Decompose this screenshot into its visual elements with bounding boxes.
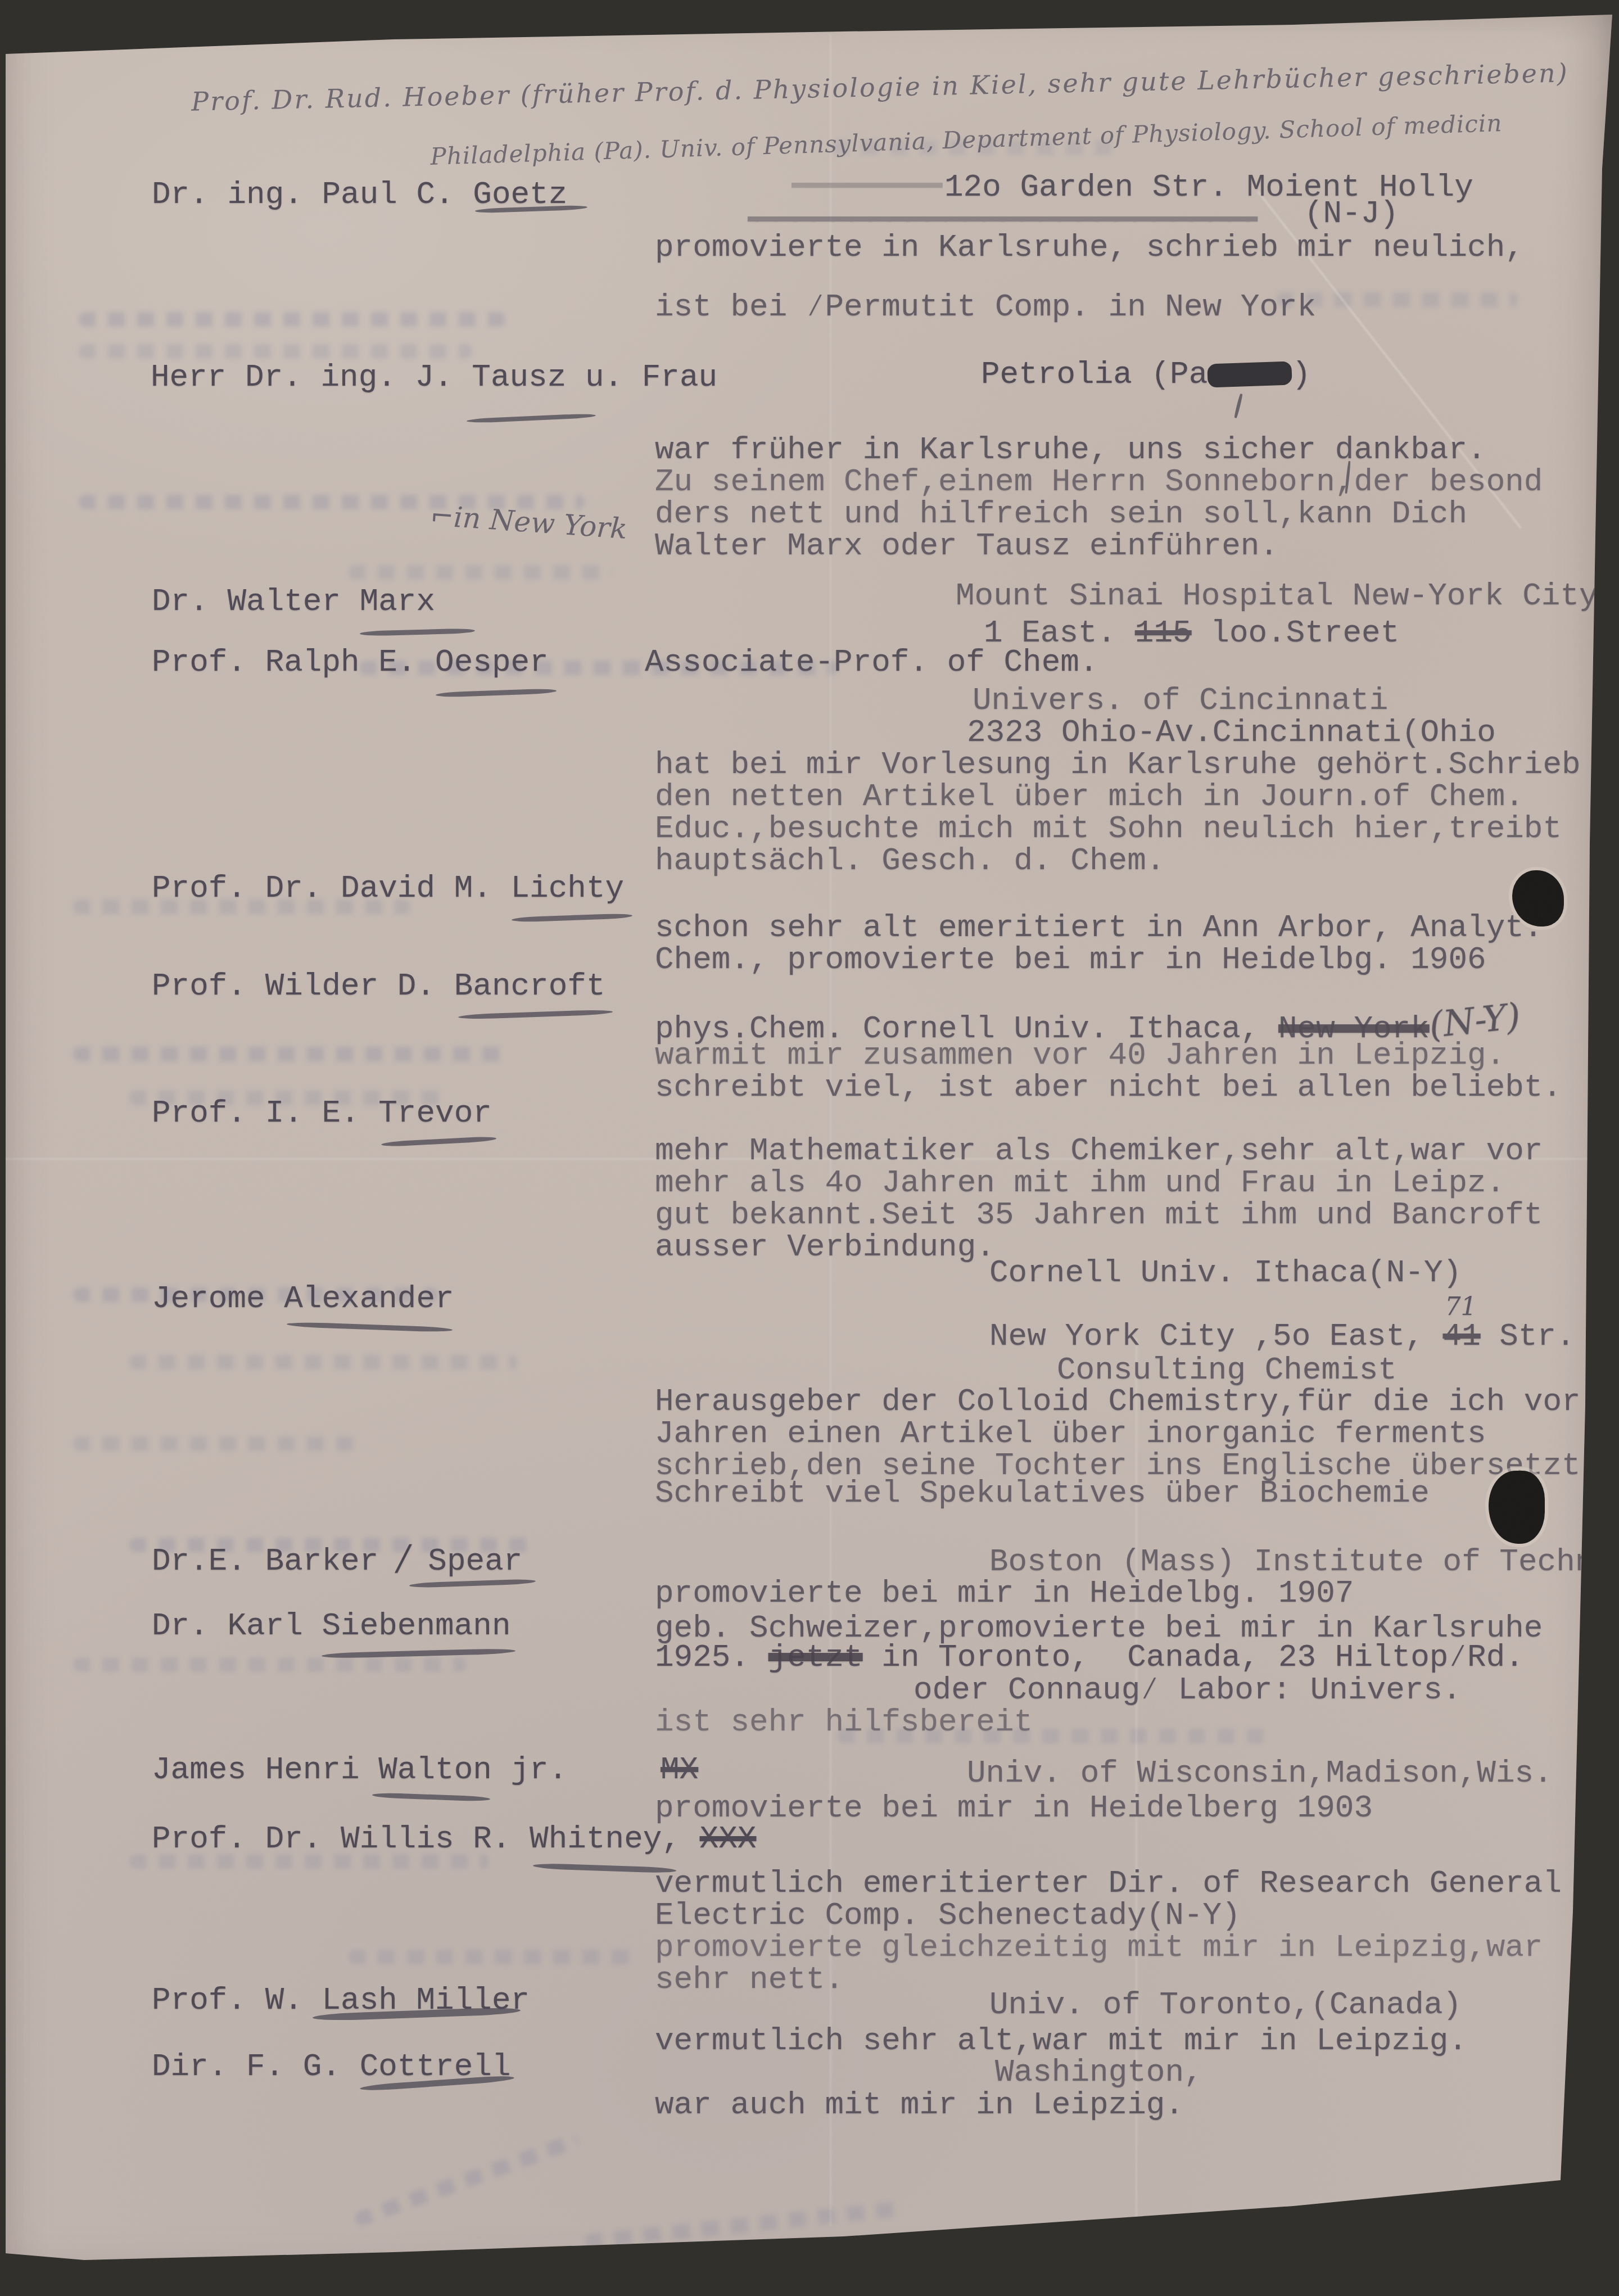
ghost-bleedthrough [585,2202,899,2249]
entry-note-trevor-1: mehr Mathematiker als Chemiker,sehr alt,… [655,1135,1543,1167]
entry-note-whitney-2: Electric Comp. Schenectady(N-Y) [655,1900,1241,1931]
entry-note-oesper-4: hauptsächl. Gesch. d. Chem. [655,845,1165,876]
entry-note-oesper-3: Educ.,besuchte mich mit Sohn neulich hie… [655,813,1562,844]
entry-note-siebenmann-2: 1925. jetzt in Toronto, Canada, 23 Hilto… [655,1642,1524,1673]
pen-mark [1234,394,1243,418]
entry-note-trevor-3: gut bekannt.Seit 35 Jahren mit ihm und B… [655,1199,1543,1231]
entry-note-goetz-1: promovierte in Karlsruhe, schrieb mir ne… [655,232,1524,263]
entry-note-whitney-4: sehr nett. [655,1964,844,1995]
handwritten-caret: ∕ [397,1537,409,1578]
entry-note-whitney-1: vermutlich emeritierter Dir. of Research… [655,1868,1599,1899]
pen-underline-tausz [467,413,596,423]
pen-underline-lichty [512,913,632,922]
ghost-bleedthrough [349,565,613,580]
entry-note-alexander-2: Jahren einen Artikel über inorganic ferm… [655,1418,1486,1449]
entry-address-walton: Univ. of Wisconsin,Madison,Wis. [967,1757,1553,1789]
entry-note-bancroft-2: warmit mir zusammen vor 40 Jahren in Lei… [655,1039,1505,1071]
entry-address-goetz-2: (N-J) [1304,198,1399,229]
entry-address-alexander-1: New York City ,5o East, 4171 Str. [989,1321,1575,1352]
entry-name-bancroft: Prof. Wilder D. Bancroft [152,970,605,1002]
ink-redaction [1208,361,1292,387]
ghost-bleedthrough [353,2133,580,2227]
entry-note-walton-1: promovierte bei mir in Heidelberg 1903 [655,1792,1373,1824]
entry-name-lichty: Prof. Dr. David M. Lichty [152,873,624,904]
entry-name-trevor: Prof. I. E. Trevor [152,1097,492,1129]
entry-note-whitney-3: promovierte gleichzeitig mit mir in Leip… [655,1932,1543,1963]
entry-title-oesper: Associate-Prof. of Chem. [645,647,1098,678]
entry-note-goetz-2: ist bei ∕Permutit Comp. in New York [655,291,1316,323]
ghost-bleedthrough [73,1436,365,1451]
entry-note-bancroft-3: schreibt viel, ist aber nicht bei allen … [655,1072,1562,1103]
entry-address-miller: Univ. of Toronto,(Canada) [989,1989,1462,2021]
entry-name-walton: James Henri Walton jr. [152,1754,567,1786]
entry-address-oesper-1: Univers. of Cincinnati [973,685,1388,716]
pen-underline-walton [372,1792,490,1801]
entry-note-oesper-1: hat bei mir Vorlesung in Karlsruhe gehör… [655,749,1581,780]
entry-name-spear: Dr.E. Barker ∕ Spear [152,1540,522,1577]
entry-name-oesper: Prof. Ralph E. Oesper [152,647,549,678]
ghost-bleedthrough [129,1355,517,1370]
entry-name-cottrell: Dir. F. G. Cottrell [152,2051,511,2082]
entry-name-marx: Dr. Walter Marx [152,586,435,617]
ghost-bleedthrough [73,1047,512,1061]
entry-note-siebenmann-3: oder Connaug∕ Labor: Univers. [913,1674,1462,1706]
entry-note-siebenmann-4: ist sehr hilfsbereit [655,1706,1033,1738]
paper-sheet: Prof. Dr. Rud. Hoeber (früher Prof. d. P… [0,0,1619,2296]
entry-name-goetz: Dr. ing. Paul C. Goetz [152,179,567,210]
entry-name-whitney: Prof. Dr. Willis R. Whitney, XXX [152,1823,756,1855]
ghost-bleedthrough [73,1657,467,1672]
entry-address-spear: Boston (Mass) Institute of Techn [989,1546,1594,1578]
entry-address-trevor: Cornell Univ. Ithaca(N-Y) [989,1257,1462,1289]
struck-dashes: -------- [792,170,943,201]
entry-note-tausz-1: war früher in Karlsruhe, uns sicher dank… [655,434,1486,465]
entry-note-tausz-2: Zu seinem Chef,einem Herrn Sonneborn,der… [655,466,1543,498]
entry-name-siebenmann: Dr. Karl Siebenmann [152,1610,511,1642]
pen-underline-trevor [381,1136,496,1147]
entry-name-alexander: Jerome Alexander [152,1283,454,1314]
pen-underline-alexander [287,1322,453,1332]
entry-note-tausz-4: Walter Marx oder Tausz einführen. [655,530,1278,562]
pen-underline-spear [409,1579,536,1588]
entry-note-cottrell-1: war auch mit mir in Leipzig. [655,2089,1184,2121]
entry-address-marx-1: Mount Sinai Hospital New-York City [956,580,1598,612]
ghost-bleedthrough [349,1950,641,1964]
handwritten-street-correction: 71 [1445,1295,1477,1319]
entry-note-alexander-4: Schreibt viel Spekulatives über Biochemi… [655,1477,1430,1509]
entry-address-alexander-2: Consulting Chemist [1057,1354,1397,1386]
entry-note-miller-1: vermutlich sehr alt,war mit mir in Leipz… [655,2025,1467,2057]
entry-note-spear-1: promovierte bei mir in Heidelbg. 1907 [655,1578,1354,1609]
entry-note-oesper-2: den netten Artikel über mich in Journ.of… [655,781,1524,812]
handwritten-header-line1: Prof. Dr. Rud. Hoeber (früher Prof. d. P… [191,57,1569,116]
entry-name-walton-struck: MX [661,1754,698,1786]
entry-note-lichty-2: Chem., promovierte bei mir in Heidelbg. … [655,944,1486,975]
pen-underline-bancroft [458,1009,613,1020]
pen-underline-marx [360,628,475,636]
handwritten-header-line2: Philadelphia (Pa). Univ. of Pennsylvania… [430,109,1503,170]
entry-name-tausz: Herr Dr. ing. J. Tausz u. Frau [151,361,717,393]
entry-note-lichty-1: schon sehr alt emeritiert in Ann Arbor, … [655,912,1543,943]
handwritten-insert-in-new-york: ⌐in New York [429,499,628,545]
entry-address-tausz: Petrolia (Pa) [981,359,1311,390]
pen-underline-oesper [436,688,557,697]
entry-note-trevor-2: mehr als 4o Jahren mit ihm und Frau in L… [655,1167,1505,1199]
entry-address-cottrell: Washington, [995,2057,1203,2088]
hole-punch [1489,1471,1545,1544]
entry-note-trevor-4: ausser Verbindung. [655,1231,995,1263]
entry-address-oesper-2: 2323 Ohio-Av.Cincinnati(Ohio [967,717,1496,748]
ghost-bleedthrough [79,344,472,359]
ghost-bleedthrough [79,312,506,327]
entry-note-tausz-3: ders nett und hilfreich sein soll,kann D… [655,498,1467,530]
document-scan: { "page": { "annotations": { "header_lin… [0,0,1619,2296]
entry-note-alexander-1: Herausgeber der Colloid Chemistry,für di… [655,1386,1581,1417]
